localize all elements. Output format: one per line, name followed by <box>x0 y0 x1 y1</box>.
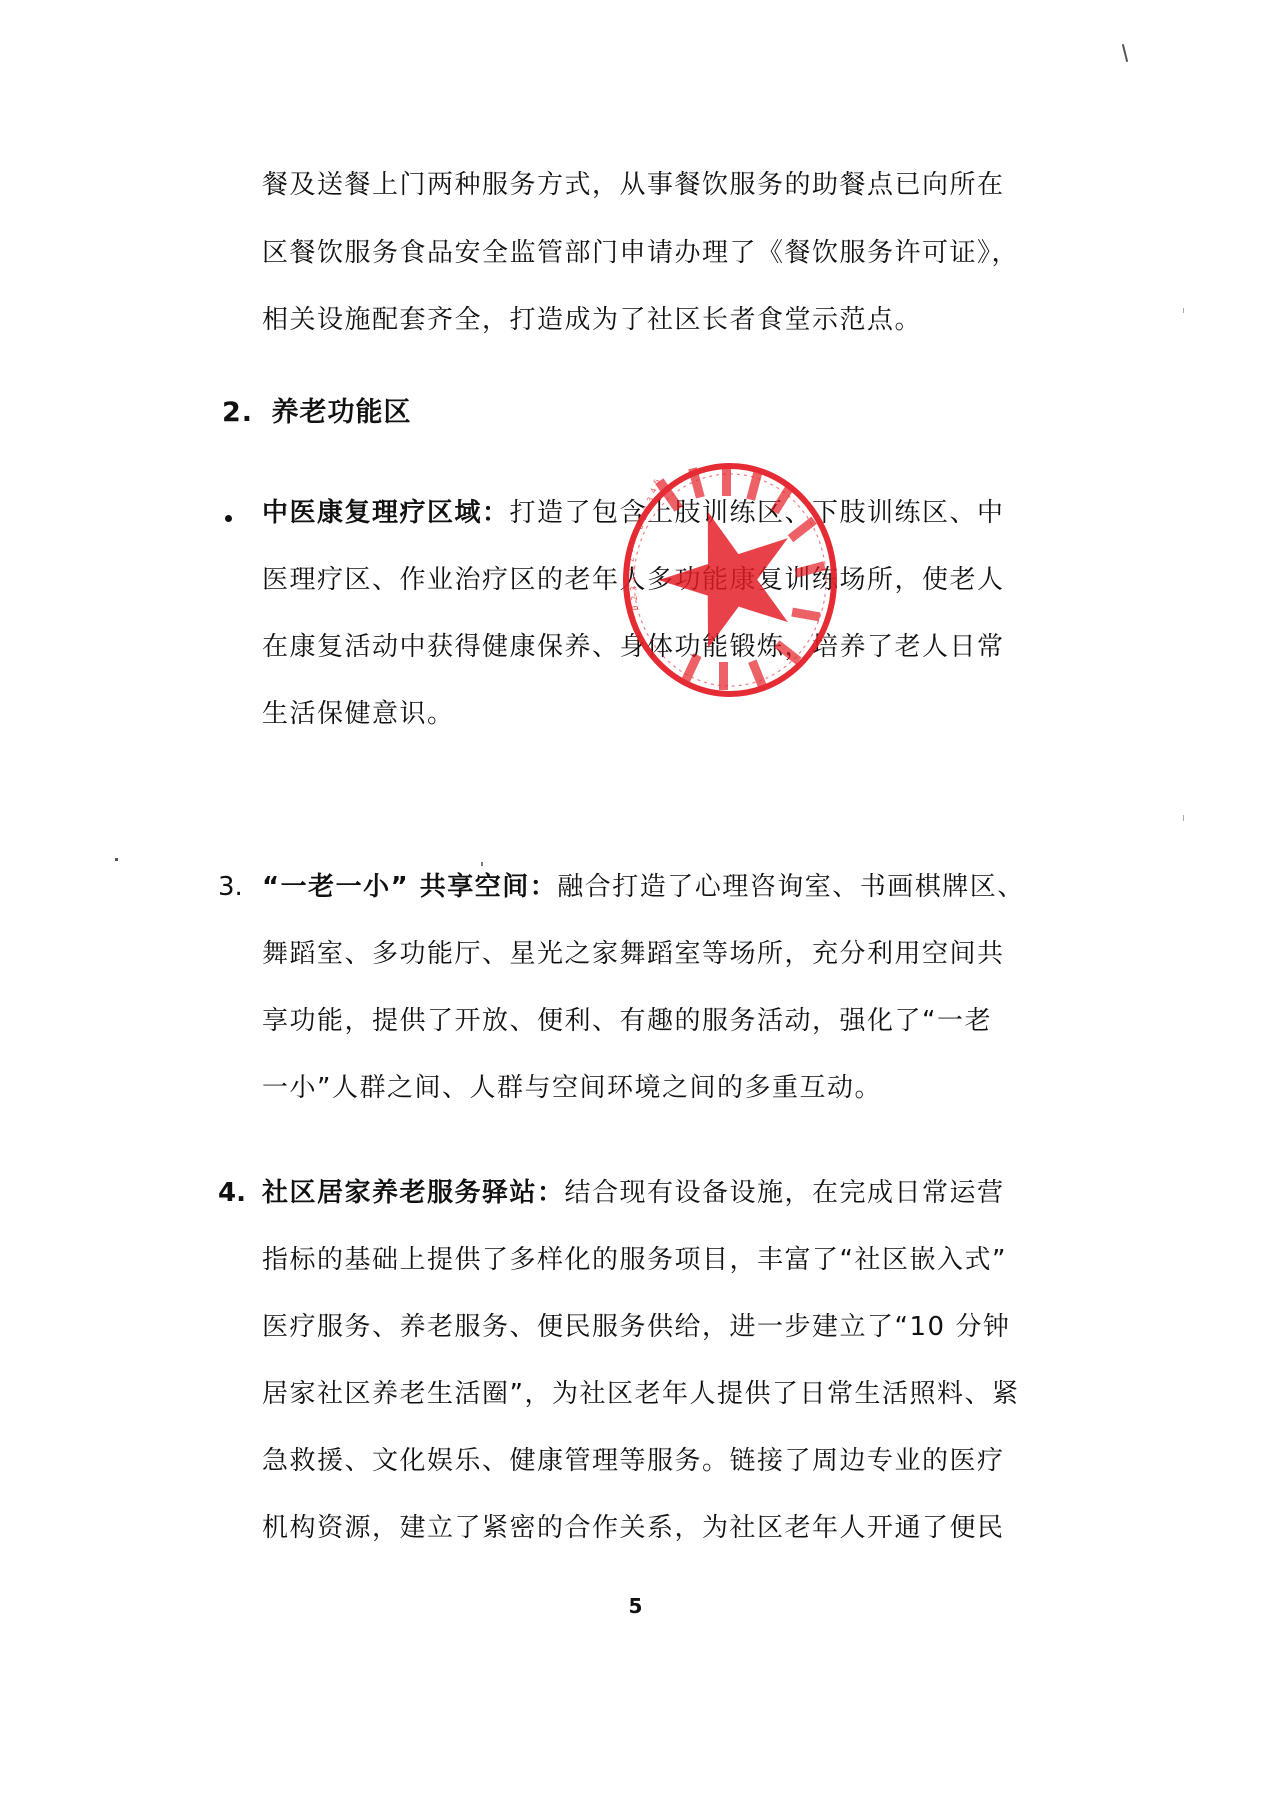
scan-speck <box>115 858 118 861</box>
page-number: 5 <box>0 1594 1271 1618</box>
section-4-line-3: 医疗服务、养老服务、便民服务供给，进一步建立了“10 分钟 <box>262 1310 1010 1344</box>
section-3-line-1: “一老一小” 共享空间：融合打造了心理咨询室、书画棋牌区、 <box>262 870 1025 904</box>
section-4-line-5: 急救援、文化娱乐、健康管理等服务。链接了周边专业的医疗 <box>262 1444 1005 1478</box>
section-4-label: 社区居家养老服务驿站 <box>262 1178 537 1208</box>
bullet-icon <box>225 515 232 522</box>
intro-line-1: 餐及送餐上门两种服务方式，从事餐饮服务的助餐点已向所在 <box>262 168 1005 202</box>
intro-line-2: 区餐饮服务食品安全监管部门申请办理了《餐饮服务许可证》， <box>262 236 1019 270</box>
section-4-line-2: 指标的基础上提供了多样化的服务项目，丰富了“社区嵌入式” <box>262 1243 1007 1277</box>
section-2-heading: 2. 养老功能区 <box>222 396 411 430</box>
document-page: 餐及送餐上门两种服务方式，从事餐饮服务的助餐点已向所在 区餐饮服务食品安全监管部… <box>0 0 1271 1800</box>
section-3-number: 3. <box>218 870 243 904</box>
intro-line-3: 相关设施配套齐全，打造成为了社区长者食堂示范点。 <box>262 303 922 337</box>
section-4-number: 4. <box>218 1176 246 1210</box>
scan-speck <box>1122 44 1128 62</box>
section-2-bullet-line-1: 中医康复理疗区域：打造了包含上肢训练区、下肢训练区、中 <box>262 496 1005 530</box>
bullet-label: 中医康复理疗区域 <box>262 498 482 528</box>
scan-speck <box>1183 308 1184 313</box>
section-3-label: “一老一小” 共享空间 <box>262 872 530 902</box>
section-2-bullet-line-4: 生活保健意识。 <box>262 697 455 731</box>
section-2-bullet-line-3: 在康复活动中获得健康保养、身体功能锻炼，培养了老人日常 <box>262 630 1005 664</box>
section-2-bullet-line-2: 医理疗区、作业治疗区的老年人多功能康复训练场所，使老人 <box>262 563 1005 597</box>
section-3-line-4: 一小”人群之间、人群与空间环境之间的多重互动。 <box>262 1071 882 1105</box>
section-2-title: 养老功能区 <box>271 397 411 428</box>
section-3-line-2: 舞蹈室、多功能厅、星光之家舞蹈室等场所，充分利用空间共 <box>262 937 1005 971</box>
section-4-line-6: 机构资源，建立了紧密的合作关系，为社区老年人开通了便民 <box>262 1511 1005 1545</box>
scan-speck <box>481 862 483 866</box>
section-2-number: 2. <box>222 397 253 428</box>
section-4-line-4: 居家社区养老生活圈”，为社区老年人提供了日常生活照料、紧 <box>262 1377 1019 1411</box>
section-3-line-3: 享功能，提供了开放、便利、有趣的服务活动，强化了“一老 <box>262 1004 992 1038</box>
scan-speck <box>1183 815 1184 821</box>
section-4-line-1: 社区居家养老服务驿站：结合现有设备设施，在完成日常运营 <box>262 1176 1005 1210</box>
